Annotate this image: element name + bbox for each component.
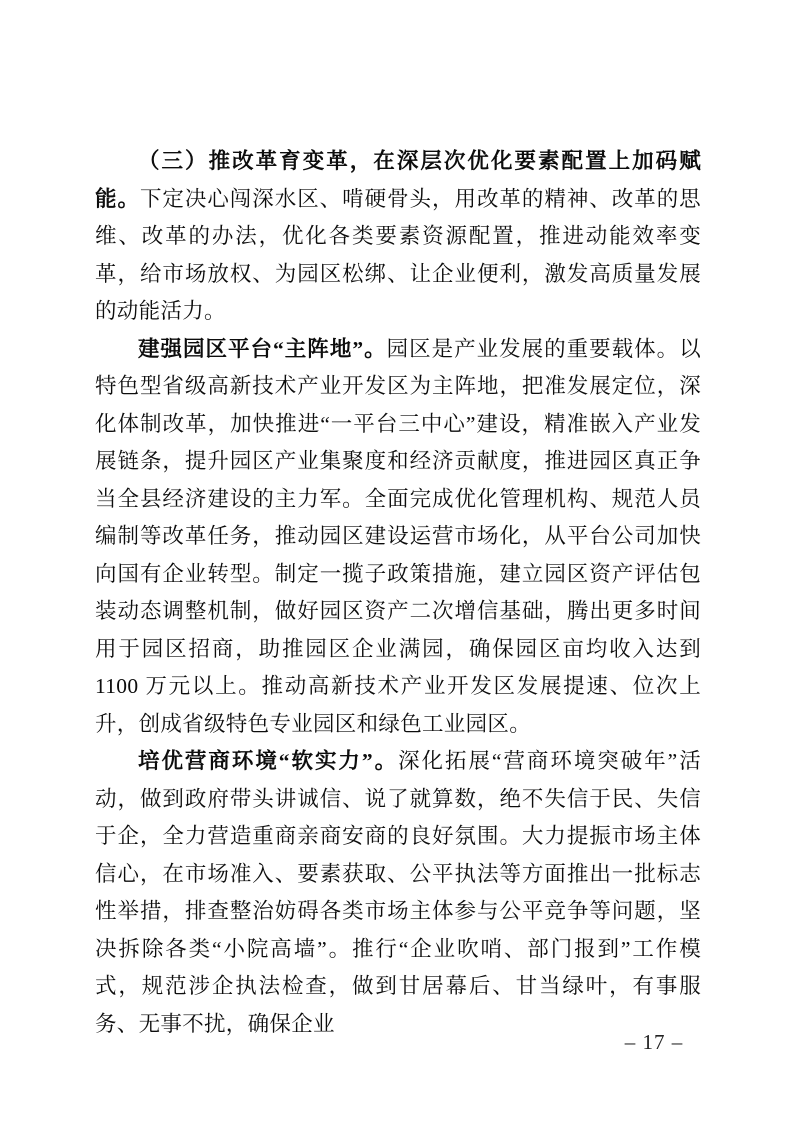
paragraph-lead: 建强园区平台“主阵地”。 bbox=[138, 337, 387, 361]
paragraph-lead: 培优营商环境“软实力”。 bbox=[138, 749, 398, 773]
document-page: （三）推改革育变革，在深层次优化要素配置上加码赋能。下定决心闯深水区、啃硬骨头，… bbox=[0, 0, 793, 1122]
paragraph-text: 下定决心闯深水区、啃硬骨头，用改革的精神、改革的思维、改革的办法，优化各类要素资… bbox=[95, 187, 701, 324]
section-heading-paragraph: （三）推改革育变革，在深层次优化要素配置上加码赋能。下定决心闯深水区、啃硬骨头，… bbox=[95, 143, 701, 331]
page-number: – 17 – bbox=[616, 1028, 692, 1056]
paragraph-text: 深化拓展“营商环境突破年”活动，做到政府带头讲诚信、说了就算数，绝不失信于民、失… bbox=[95, 749, 701, 1036]
document-content: （三）推改革育变革，在深层次优化要素配置上加码赋能。下定决心闯深水区、啃硬骨头，… bbox=[95, 143, 701, 1043]
paragraph-text: 园区是产业发展的重要载体。以特色型省级高新技术产业开发区为主阵地，把准发展定位，… bbox=[95, 337, 701, 736]
page-number-text: – 17 – bbox=[625, 1030, 684, 1054]
paragraph-business-environment: 培优营商环境“软实力”。深化拓展“营商环境突破年”活动，做到政府带头讲诚信、说了… bbox=[95, 743, 701, 1043]
paragraph-parks-platform: 建强园区平台“主阵地”。园区是产业发展的重要载体。以特色型省级高新技术产业开发区… bbox=[95, 331, 701, 744]
